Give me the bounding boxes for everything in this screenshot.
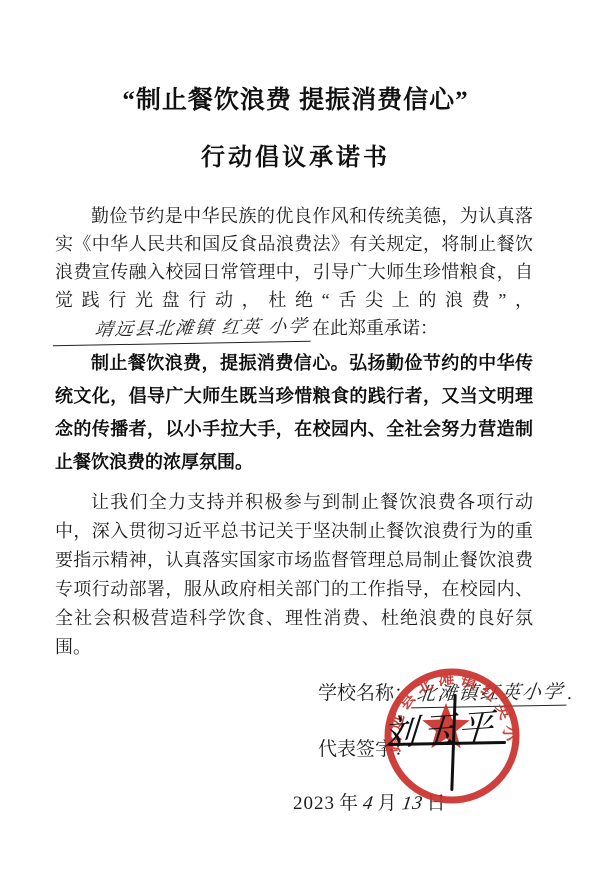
date-month-handwritten: 4 xyxy=(361,793,375,815)
paragraph-pledge-bold: 制止餐饮浪费，提振消费信心。弘扬勤俭节约的中华传统文化，倡导广大师生既当珍惜粮食… xyxy=(55,347,533,479)
handwritten-school-name-inline: 靖远县北滩镇 红英 小学 xyxy=(53,312,314,346)
document-page: “制止餐饮浪费 提振消费信心” 行动倡议承诺书 勤俭节约是中华民族的优良作风和传… xyxy=(0,0,591,886)
school-name-suffix-dot: . xyxy=(567,683,576,705)
paragraph-intro: 勤俭节约是中华民族的优良作风和传统美德，为认真落实《中华人民共和国反食品浪费法》… xyxy=(55,202,533,344)
date-year: 2023 xyxy=(293,793,335,815)
paragraph-intro-text: 勤俭节约是中华民族的优良作风和传统美德，为认真落实《中华人民共和国反食品浪费法》… xyxy=(55,206,533,310)
representative-signature: 刘玉平 xyxy=(380,699,497,757)
date-year-unit: 年 xyxy=(339,788,359,815)
document-title-line2: 行动倡议承诺书 xyxy=(0,137,591,172)
document-title-line1: “制止餐饮浪费 提振消费信心” xyxy=(0,80,591,116)
paragraph-intro-tail: 在此郑重承诺： xyxy=(312,318,438,338)
paragraph-commitment: 让我们全力支持并积极参与到制止餐饮浪费各项行动中，深入贯彻习近平总书记关于坚决制… xyxy=(55,488,533,662)
